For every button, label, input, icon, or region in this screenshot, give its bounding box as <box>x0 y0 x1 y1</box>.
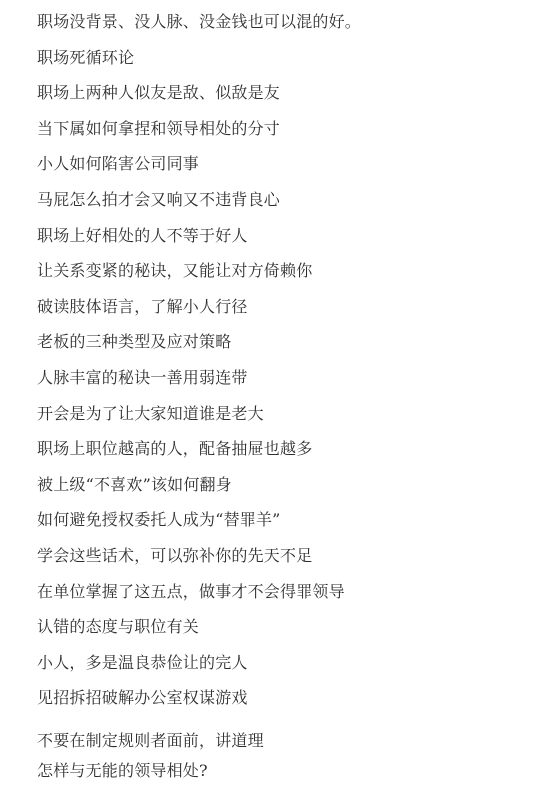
chapter-title-list: 职场没背景、没人脉、没金钱也可以混的好。 职场死循环论 职场上两种人似友是敌、似… <box>0 0 550 805</box>
chapter-title: 当下属如何拿捏和领导相处的分寸 <box>37 120 530 138</box>
chapter-title: 小人，多是温良恭俭让的完人 <box>37 654 530 672</box>
chapter-title: 职场上两种人似友是敌、似敌是友 <box>37 84 530 102</box>
chapter-title: 见招拆招破解办公室权谋游戏 <box>37 689 530 707</box>
chapter-title: 怎样与无能的领导相处? <box>37 762 530 780</box>
chapter-title: 破读肢体语言，了解小人行径 <box>37 298 530 316</box>
chapter-title: 小人如何陷害公司同事 <box>37 155 530 173</box>
chapter-title: 职场死循环论 <box>37 49 530 67</box>
chapter-title: 学会这些话术，可以弥补你的先天不足 <box>37 547 530 565</box>
chapter-title: 被上级“不喜欢”该如何翻身 <box>37 476 530 494</box>
chapter-title: 老板的三种类型及应对策略 <box>37 333 530 351</box>
chapter-title: 人脉丰富的秘诀一善用弱连带 <box>37 369 530 387</box>
chapter-title: 职场没背景、没人脉、没金钱也可以混的好。 <box>37 13 530 31</box>
chapter-title: 不要在制定规则者面前，讲道理 <box>37 732 530 750</box>
chapter-title: 开会是为了让大家知道谁是老大 <box>37 405 530 423</box>
chapter-title: 在单位掌握了这五点，做事才不会得罪领导 <box>37 583 530 601</box>
chapter-title: 马屁怎么拍才会又响又不违背良心 <box>37 191 530 209</box>
chapter-title: 职场上职位越高的人，配备抽屉也越多 <box>37 440 530 458</box>
chapter-title: 职场上好相处的人不等于好人 <box>37 227 530 245</box>
chapter-title: 让关系变紧的秘诀，又能让对方倚赖你 <box>37 262 530 280</box>
chapter-title: 认错的态度与职位有关 <box>37 618 530 636</box>
chapter-title: 如何避免授权委托人成为“替罪羊” <box>37 511 530 529</box>
